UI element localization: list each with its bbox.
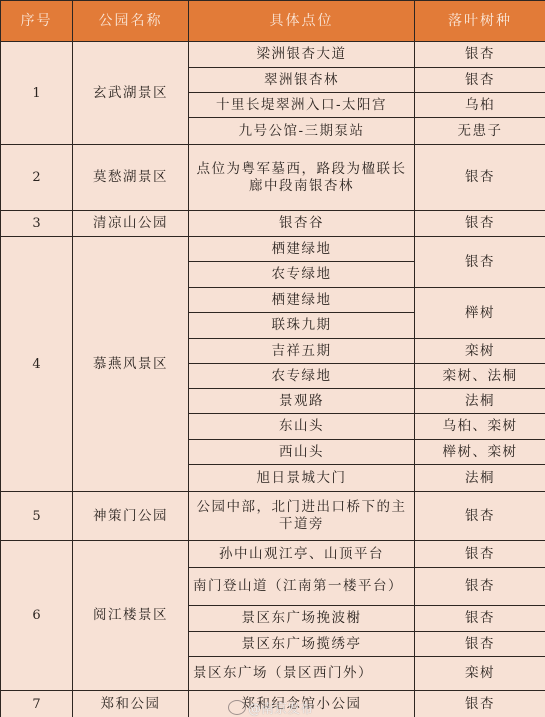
species-cell: 榉树 bbox=[415, 288, 545, 339]
species-cell: 栾树 bbox=[415, 339, 545, 364]
row-index: 7 bbox=[1, 691, 73, 717]
location-cell: 东山头 bbox=[189, 414, 415, 440]
species-cell: 银杏 bbox=[415, 42, 545, 68]
park-name: 郑和公园 bbox=[73, 691, 189, 717]
header-park-name: 公园名称 bbox=[73, 1, 189, 42]
species-cell: 银杏 bbox=[415, 541, 545, 568]
location-cell: 九号公馆-三期泵站 bbox=[189, 118, 415, 145]
park-name: 慕燕风景区 bbox=[73, 237, 189, 492]
table-header-row: 序号 公园名称 具体点位 落叶树种 bbox=[1, 1, 545, 42]
location-cell: 十里长堤翠洲入口-太阳宫 bbox=[189, 93, 415, 118]
location-cell: 吉祥五期 bbox=[189, 339, 415, 364]
location-cell: 景区东广场揽绣亭 bbox=[189, 632, 415, 657]
species-cell: 法桐 bbox=[415, 389, 545, 414]
row-index: 1 bbox=[1, 42, 73, 145]
row-index: 4 bbox=[1, 237, 73, 492]
location-cell: 景观路 bbox=[189, 389, 415, 414]
location-cell: 点位为粤军墓西，路段为楹联长廊中段南银杏林 bbox=[189, 145, 415, 211]
location-cell: 农专绿地 bbox=[189, 364, 415, 389]
location-cell: 南门登山道（江南第一楼平台） bbox=[189, 568, 415, 606]
park-name: 玄武湖景区 bbox=[73, 42, 189, 145]
location-cell: 农专绿地 bbox=[189, 262, 415, 288]
row-index: 5 bbox=[1, 492, 73, 541]
location-cell: 郑和纪念馆小公园 bbox=[189, 691, 415, 717]
location-cell: 景区东广场挽波榭 bbox=[189, 606, 415, 632]
species-cell: 银杏 bbox=[415, 145, 545, 211]
park-name: 神策门公园 bbox=[73, 492, 189, 541]
table-row: 1 玄武湖景区 梁洲银杏大道 银杏 bbox=[1, 42, 545, 68]
location-cell: 孙中山观江亭、山顶平台 bbox=[189, 541, 415, 568]
location-cell: 联珠九期 bbox=[189, 313, 415, 339]
species-cell: 乌桕 bbox=[415, 93, 545, 118]
species-cell: 栾树、法桐 bbox=[415, 364, 545, 389]
species-cell: 银杏 bbox=[415, 68, 545, 93]
location-cell: 栖建绿地 bbox=[189, 237, 415, 262]
location-cell: 景区东广场（景区西门外） bbox=[189, 657, 415, 691]
ginkgo-viewing-table: 序号 公园名称 具体点位 落叶树种 1 玄武湖景区 梁洲银杏大道 银杏 翠洲银杏… bbox=[0, 0, 545, 717]
row-index: 3 bbox=[1, 211, 73, 237]
species-cell: 银杏 bbox=[415, 632, 545, 657]
species-cell: 银杏 bbox=[415, 691, 545, 717]
location-cell: 公园中部，北门进出口桥下的主干道旁 bbox=[189, 492, 415, 541]
table-row: 4 慕燕风景区 栖建绿地 银杏 bbox=[1, 237, 545, 262]
location-cell: 旭日景城大门 bbox=[189, 465, 415, 492]
species-cell: 乌桕、栾树 bbox=[415, 414, 545, 440]
row-index: 6 bbox=[1, 541, 73, 691]
species-cell: 榉树、栾树 bbox=[415, 440, 545, 465]
species-cell: 银杏 bbox=[415, 211, 545, 237]
table-row: 5 神策门公园 公园中部，北门进出口桥下的主干道旁 银杏 bbox=[1, 492, 545, 541]
location-cell: 梁洲银杏大道 bbox=[189, 42, 415, 68]
location-cell: 栖建绿地 bbox=[189, 288, 415, 313]
species-cell: 无患子 bbox=[415, 118, 545, 145]
location-cell: 西山头 bbox=[189, 440, 415, 465]
species-cell: 法桐 bbox=[415, 465, 545, 492]
header-index: 序号 bbox=[1, 1, 73, 42]
park-name: 清凉山公园 bbox=[73, 211, 189, 237]
species-cell: 银杏 bbox=[415, 568, 545, 606]
table-row: 2 莫愁湖景区 点位为粤军墓西，路段为楹联长廊中段南银杏林 银杏 bbox=[1, 145, 545, 211]
location-cell: 银杏谷 bbox=[189, 211, 415, 237]
species-cell: 银杏 bbox=[415, 237, 545, 288]
header-tree-species: 落叶树种 bbox=[415, 1, 545, 42]
location-cell: 翠洲银杏林 bbox=[189, 68, 415, 93]
species-cell: 银杏 bbox=[415, 492, 545, 541]
species-cell: 银杏 bbox=[415, 606, 545, 632]
header-location: 具体点位 bbox=[189, 1, 415, 42]
park-name: 阅江楼景区 bbox=[73, 541, 189, 691]
table-row: 6 阅江楼景区 孙中山观江亭、山顶平台 银杏 bbox=[1, 541, 545, 568]
row-index: 2 bbox=[1, 145, 73, 211]
park-name: 莫愁湖景区 bbox=[73, 145, 189, 211]
table-row: 7 郑和公园 郑和纪念馆小公园 银杏 bbox=[1, 691, 545, 717]
species-cell: 栾树 bbox=[415, 657, 545, 691]
table-row: 3 清凉山公园 银杏谷 银杏 bbox=[1, 211, 545, 237]
